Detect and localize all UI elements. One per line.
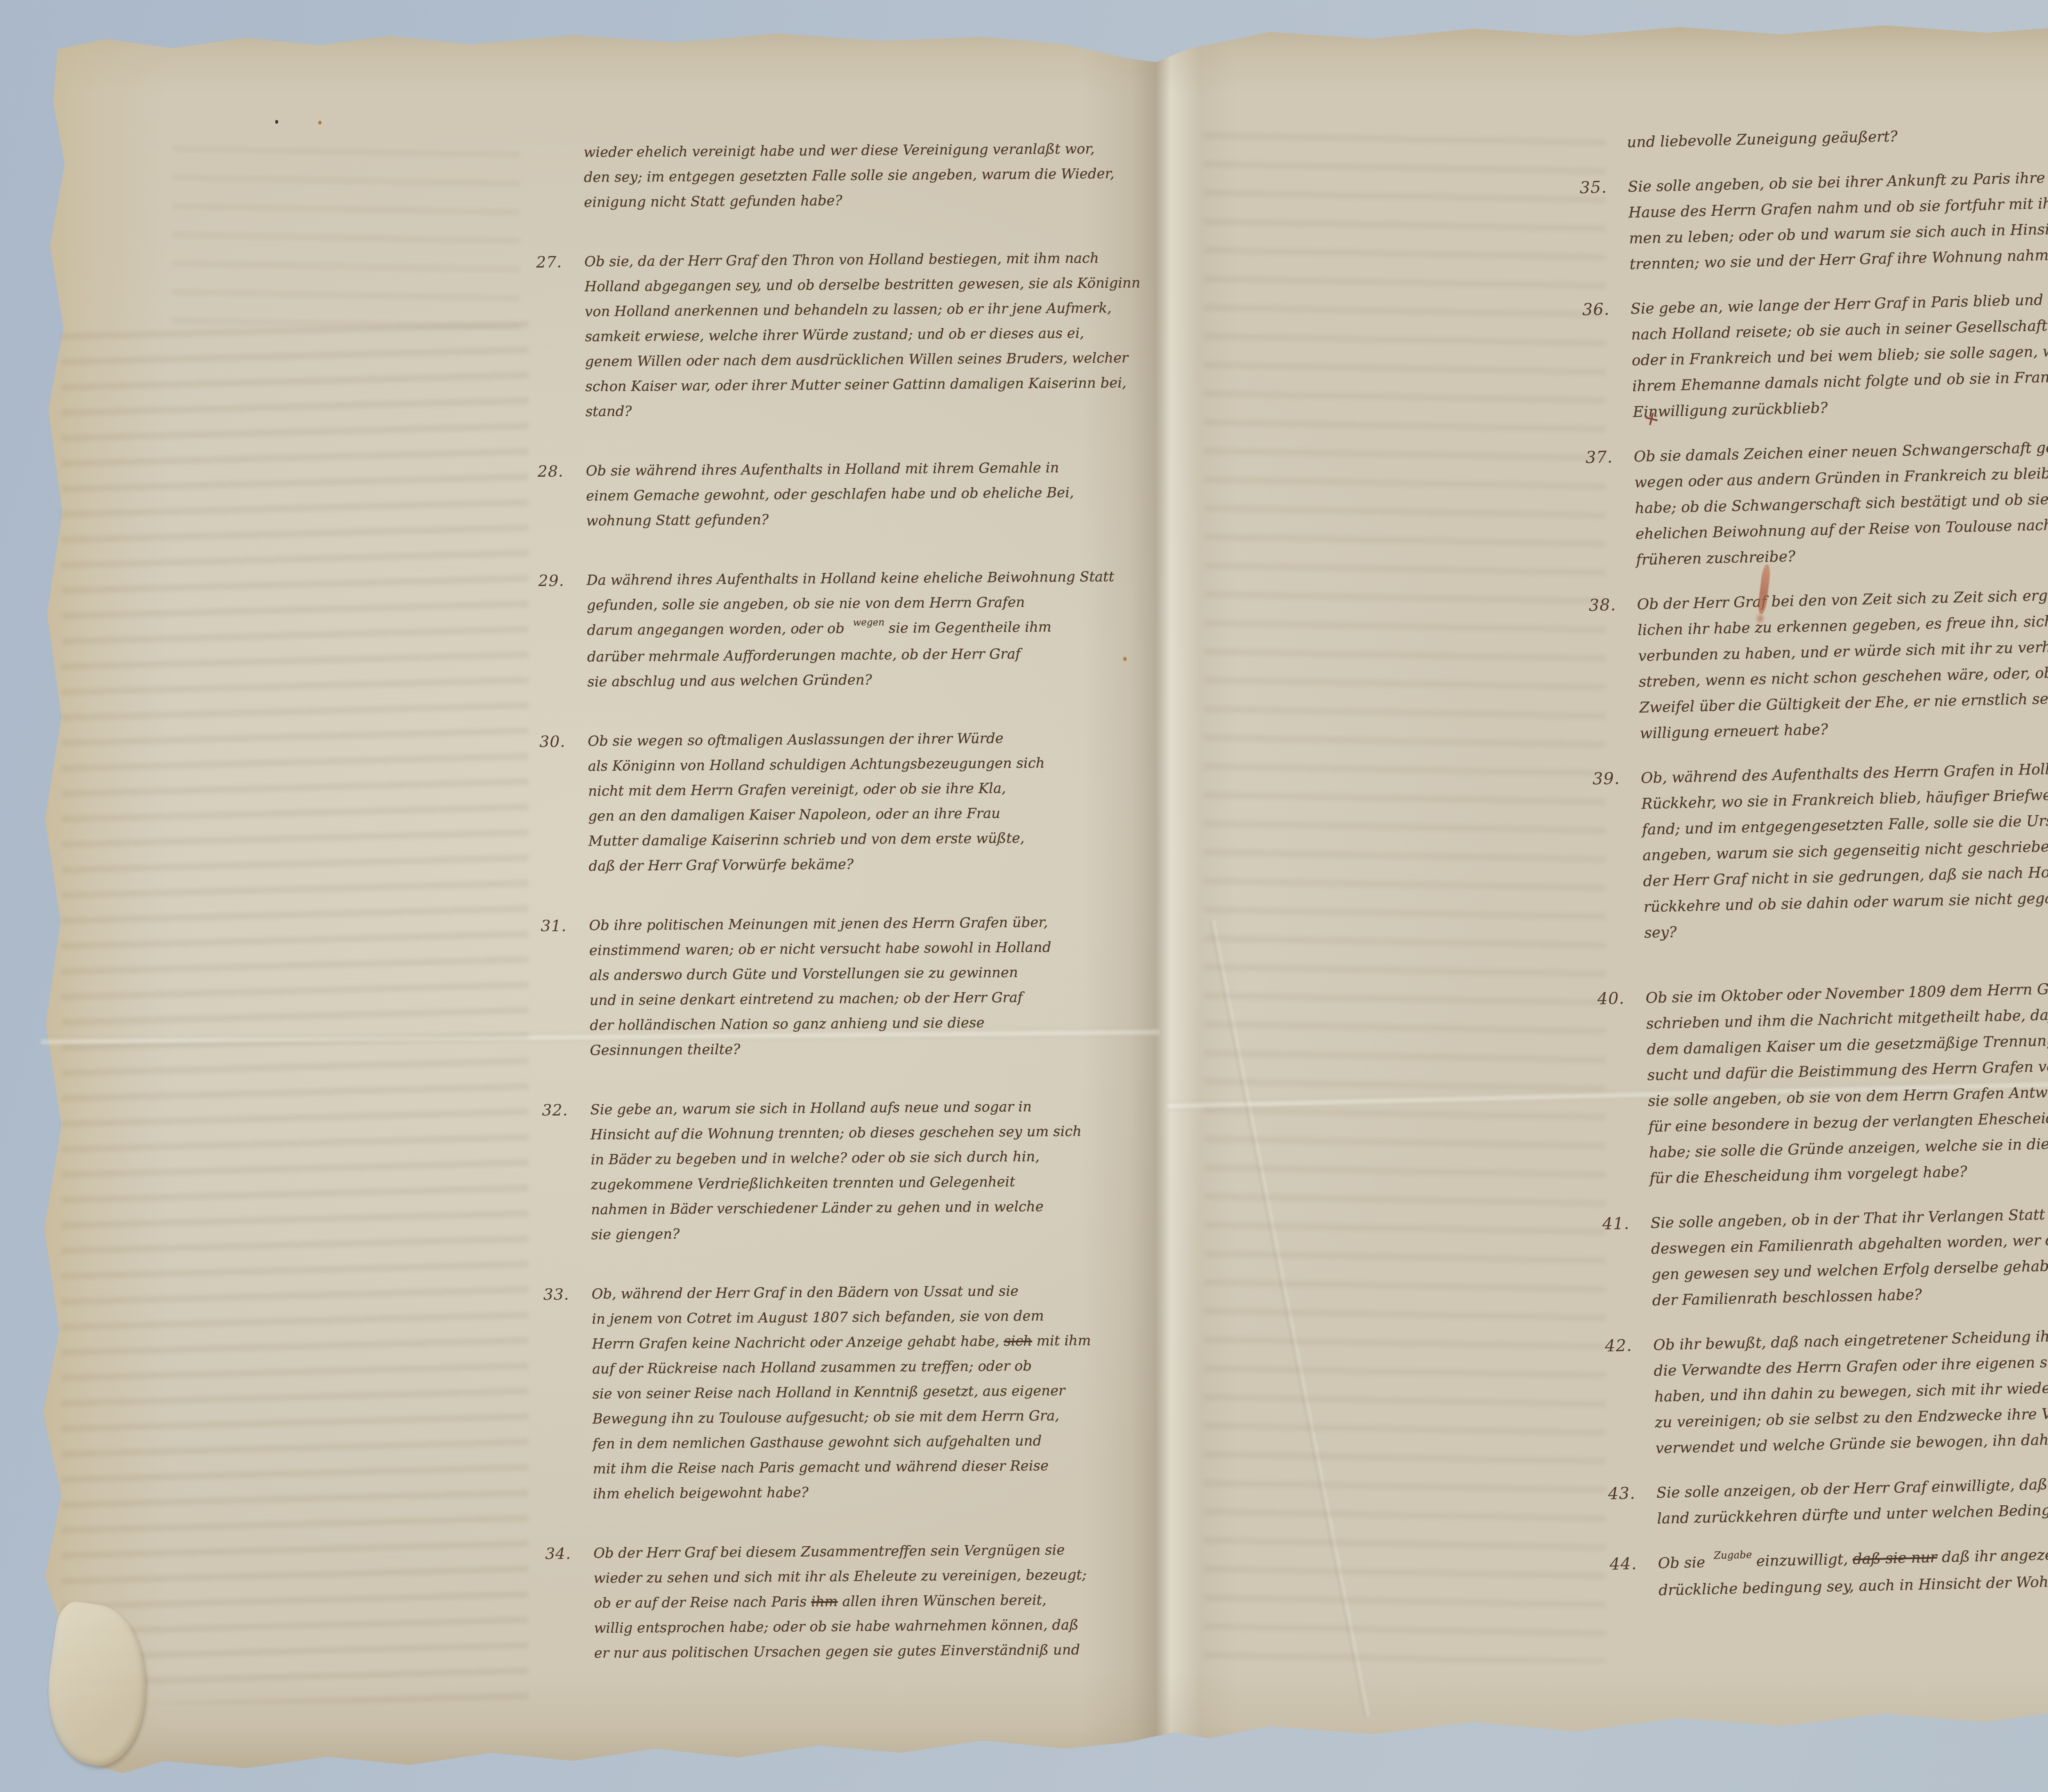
handwritten-line: Herrn Grafen keine Nachricht oder Anzeig… <box>592 1328 1142 1357</box>
handwritten-text: Ob sie damals Zeichen einer neuen Schwan… <box>1633 436 2048 465</box>
handwritten-text: willig entsprochen habe; oder ob sie hab… <box>594 1617 1078 1636</box>
question-item: 33.Ob, während der Herr Graf in den Bäde… <box>543 1278 1143 1507</box>
handwritten-text: sie giengen? <box>591 1226 680 1243</box>
handwritten-text: Hinsicht auf die Wohnung trennten; ob di… <box>591 1123 1082 1143</box>
handwritten-text: einem Gemache gewohnt, oder geschlafen h… <box>586 484 1074 504</box>
handwritten-text: darum angegangen worden, oder ob <box>587 620 849 638</box>
handwritten-text: Sie solle anzeigen, ob der Herr Graf ein… <box>1656 1474 2048 1501</box>
handwritten-text: den sey; im entgegen gesetzten Falle sol… <box>584 165 1115 186</box>
question-item: 40.Ob sie im Oktober oder November 1809 … <box>1597 971 2048 1192</box>
struck-text: daß sie nur <box>1853 1549 1937 1568</box>
handwritten-text: Ob sie, da der Herr Graf den Thron von H… <box>584 250 1099 270</box>
question-item: 42.Ob ihr bewußt, daß nach eingetretener… <box>1605 1318 2048 1462</box>
handwritten-line: zugekommene Verdrießlichkeiten trennten … <box>591 1169 1140 1197</box>
handwritten-line: er nur aus politischen Ursachen gegen si… <box>594 1637 1144 1666</box>
handwritten-text: Ob, während der Herr Graf in den Bädern … <box>591 1283 1018 1302</box>
handwritten-text: wieder zu sehen und sich mit ihr als Ehe… <box>594 1567 1087 1586</box>
question-number: 34. <box>545 1541 594 1566</box>
handwritten-text: als Königinn von Holland schuldigen Acht… <box>588 755 1044 774</box>
question-text: Sie solle anzeigen, ob der Herr Graf ein… <box>1656 1466 2048 1532</box>
handwritten-line: Ob sie, da der Herr Graf den Thron von H… <box>584 246 1140 274</box>
question-text: Sie solle angeben, ob sie bei ihrer Anku… <box>1628 160 2048 277</box>
question-item: 44.Ob sie Zugabeeinzuwilligt, daß sie nu… <box>1609 1536 2048 1604</box>
question-number: 31. <box>541 913 589 939</box>
question-item: 32.Sie gebe an, warum sie sich in Hollan… <box>542 1094 1141 1248</box>
question-text: Ob der Herr Graf bei den von Zeit sich z… <box>1637 578 2048 747</box>
handwritten-text: Ob ihr bewußt, daß nach eingetretener Sc… <box>1653 1326 2048 1353</box>
handwritten-text: darüber mehrmale Aufforderungen machte, … <box>587 646 1020 665</box>
question-item: 39.Ob, während des Aufenthalts des Herrn… <box>1592 751 2048 947</box>
handwritten-text: der Herr Graf nicht in sie gedrungen, da… <box>1643 863 2048 890</box>
question-item: 27.Ob sie, da der Herr Graf den Thron vo… <box>536 246 1135 425</box>
question-number: 40. <box>1597 985 1646 1012</box>
handwritten-text: haben, und ihn dahin zu bewegen, sich mi… <box>1654 1378 2048 1405</box>
question-item: 31.Ob ihre politischen Meinungen mit jen… <box>541 910 1140 1063</box>
handwritten-text: dem damaligen Kaiser um die gesetzmäßige… <box>1647 1032 2048 1058</box>
question-number: 41. <box>1602 1211 1651 1238</box>
handwritten-text: von Holland anerkennen und behandeln zu … <box>585 300 1112 320</box>
handwritten-text: der holländischen Nation so ganz anhieng… <box>590 1015 985 1034</box>
handwritten-text: als anderswo durch Güte und Vorstellunge… <box>589 964 1018 984</box>
handwritten-text: Holland abgegangen sey, und ob derselbe … <box>584 275 1140 295</box>
rust-speck <box>318 121 322 124</box>
handwritten-line: ihm ehelich beigewohnt habe? <box>593 1478 1143 1507</box>
handwritten-text: sey? <box>1644 924 1677 941</box>
left-page-text-block: wieder ehelich vereinigt habe und wer di… <box>535 136 1144 1701</box>
handwritten-text: Sie solle angeben, ob in der That ihr Ve… <box>1650 1204 2048 1231</box>
handwritten-line: genem Willen oder nach dem ausdrückliche… <box>585 346 1141 374</box>
handwritten-line: Hinsicht auf die Wohnung trennten; ob di… <box>590 1119 1140 1147</box>
handwritten-text: angeben, warum sie sich gegenseitig nich… <box>1642 837 2048 864</box>
question-item: 34.Ob der Herr Graf bei diesem Zusamment… <box>545 1537 1144 1666</box>
handwritten-line: nahmen in Bäder verschiedener Länder zu … <box>591 1194 1141 1222</box>
handwritten-text: für die Ehescheidung ihm vorgelegt habe? <box>1649 1163 1967 1187</box>
handwritten-line: sie giengen? <box>591 1219 1141 1247</box>
handwritten-text: sie im Gegentheile ihm <box>888 619 1051 636</box>
handwritten-text: einigung nicht Statt gefunden habe? <box>584 192 843 210</box>
handwritten-line: schon Kaiser war, oder ihrer Mutter sein… <box>585 371 1141 399</box>
handwritten-line: ob er auf der Reise nach Paris ihm allen… <box>594 1587 1143 1616</box>
question-item: 37.Ob sie damals Zeichen einer neuen Sch… <box>1585 430 2048 574</box>
handwritten-text: Ob der Herr Graf bei diesem Zusammentref… <box>594 1542 1065 1561</box>
question-number: 29. <box>538 568 587 593</box>
handwritten-text: ob er auf der Reise nach Paris <box>594 1594 811 1612</box>
handwritten-text: zugekommene Verdrießlichkeiten trennten … <box>591 1174 1015 1193</box>
question-text: Sie solle angeben, ob in der That ihr Ve… <box>1650 1196 2048 1313</box>
handwritten-line: Ob der Herr Graf bei diesem Zusammentref… <box>594 1537 1143 1566</box>
handwritten-line: samkeit erwiese, welche ihrer Würde zust… <box>585 321 1141 349</box>
handwritten-text: genem Willen oder nach dem ausdrückliche… <box>585 350 1128 370</box>
question-number: 28. <box>537 459 586 484</box>
question-text: wieder ehelich vereinigt habe und wer di… <box>584 136 1134 215</box>
handwritten-text: in Bäder zu begeben und in welche? oder … <box>591 1149 1040 1168</box>
handwritten-text: Gesinnungen theilte? <box>590 1041 741 1059</box>
handwritten-line: willig entsprochen habe; oder ob sie hab… <box>594 1612 1144 1641</box>
question-item: 28.Ob sie während ihres Aufenthalts in H… <box>537 455 1136 534</box>
handwritten-line: wohnung Statt gefunden? <box>586 505 1136 534</box>
question-text: Ob ihr bewußt, daß nach eingetretener Sc… <box>1653 1318 2048 1461</box>
question-number: 36. <box>1582 296 1631 323</box>
right-page-text-block: und liebevolle Zuneigung geäußert?35.Sie… <box>1578 115 2048 1623</box>
handwritten-text: Ob sie <box>1658 1554 1710 1572</box>
handwritten-text: Ob ihre politischen Meinungen mit jenen … <box>589 914 1048 934</box>
handwritten-line: wieder zu sehen und sich mit ihr als Ehe… <box>594 1562 1143 1591</box>
handwritten-text: daß ihr angezeigt worden, die aus, <box>1937 1543 2048 1566</box>
interlinear-insertion: Zugabe <box>1713 1542 1752 1568</box>
handwritten-text: sie von seiner Reise nach Holland in Ken… <box>592 1382 1065 1402</box>
handwritten-line: als anderswo durch Güte und Vorstellunge… <box>589 959 1139 988</box>
ink-speck <box>275 120 278 124</box>
handwritten-line: Ob ihre politischen Meinungen mit jenen … <box>589 910 1139 938</box>
question-number: 42. <box>1605 1333 1654 1360</box>
handwritten-line: Ob sie während ihres Aufenthalts in Holl… <box>586 455 1135 484</box>
question-item: 36.Sie gebe an, wie lange der Herr Graf … <box>1582 282 2048 426</box>
handwritten-line: Ob, während der Herr Graf in den Bädern … <box>591 1278 1141 1307</box>
struck-text: ihm <box>811 1593 838 1610</box>
question-text: Ob ihre politischen Meinungen mit jenen … <box>589 910 1140 1063</box>
handwritten-text: ihm ehelich beigewohnt habe? <box>593 1484 809 1502</box>
handwritten-line: von Holland anerkennen und behandeln zu … <box>584 296 1140 324</box>
handwritten-line: in jenem von Cotret im August 1807 sich … <box>592 1303 1142 1332</box>
question-item: 41.Sie solle angeben, ob in der That ihr… <box>1602 1196 2048 1315</box>
handwritten-line: gen an den damaligen Kaiser Napoleon, od… <box>588 800 1138 829</box>
handwritten-line: einigung nicht Statt gefunden habe? <box>584 186 1134 215</box>
handwritten-text: wieder ehelich vereinigt habe und wer di… <box>584 141 1095 161</box>
continuation-paragraph: wieder ehelich vereinigt habe und wer di… <box>535 136 1134 215</box>
handwritten-line: sie abschlug und aus welchen Gründen? <box>587 666 1137 695</box>
question-number: 44. <box>1609 1551 1658 1578</box>
question-text: Sie gebe an, warum sie sich in Holland a… <box>590 1094 1141 1247</box>
handwritten-text: Sie solle angeben, ob sie bei ihrer Anku… <box>1628 167 2048 195</box>
handwritten-text: Ob, während des Aufenthalts des Herrn Gr… <box>1641 758 2048 787</box>
handwritten-text: Mutter damalige Kaiserinn schrieb und vo… <box>589 830 1025 849</box>
handwritten-text: Bewegung ihn zu Toulouse aufgesucht; ob … <box>592 1407 1059 1427</box>
question-item: 29.Da während ihres Aufenthalts in Holla… <box>538 564 1137 695</box>
handwritten-text: und in seine denkart eintretend zu mache… <box>589 989 1023 1009</box>
question-number: 33. <box>543 1282 591 1307</box>
handwritten-line: und in seine denkart eintretend zu mache… <box>589 984 1139 1013</box>
handwritten-text: Ob sie während ihres Aufenthalts in Holl… <box>586 459 1059 479</box>
question-item: 30.Ob sie wegen so oftmaligen Auslassung… <box>539 725 1139 879</box>
handwritten-text: einstimmend waren; ob er nicht versucht … <box>589 939 1051 959</box>
question-number: 27. <box>536 249 584 275</box>
scanner-background: wieder ehelich vereinigt habe und wer di… <box>0 0 2048 1792</box>
question-item: 38.Ob der Herr Graf bei den von Zeit sic… <box>1588 578 2048 748</box>
question-number: 43. <box>1608 1480 1656 1507</box>
question-text: Ob sie damals Zeichen einer neuen Schwan… <box>1633 430 2048 573</box>
struck-text: sich <box>1004 1333 1033 1349</box>
handwritten-text: allen ihren Wünschen bereit, <box>838 1592 1047 1610</box>
question-text: Da während ihres Aufenthalts in Holland … <box>587 564 1137 695</box>
handwritten-line: wieder ehelich vereinigt habe und wer di… <box>584 136 1133 165</box>
handwritten-line: der holländischen Nation so ganz anhieng… <box>590 1009 1140 1038</box>
question-text: Ob sie wegen so oftmaligen Auslassungen … <box>588 725 1139 879</box>
handwritten-text: sie abschlug und aus welchen Gründen? <box>587 672 872 690</box>
question-text: Ob, während des Aufenthalts des Herrn Gr… <box>1640 751 2048 946</box>
question-text: Ob sie im Oktober oder November 1809 dem… <box>1645 971 2048 1191</box>
handwritten-text: wohnung Statt gefunden? <box>586 511 769 529</box>
handwritten-line: auf der Rückreise nach Holland zusammen … <box>592 1353 1142 1382</box>
handwritten-line: Bewegung ihn zu Toulouse aufgesucht; ob … <box>592 1403 1142 1432</box>
handwritten-line: mit ihm die Reise nach Paris gemacht und… <box>593 1453 1142 1482</box>
handwritten-text: fand; und im entgegengesetzten Falle, so… <box>1642 812 2048 838</box>
handwritten-text: nahmen in Bäder verschiedener Länder zu … <box>591 1199 1044 1218</box>
interlinear-insertion: wegen <box>853 610 884 636</box>
handwritten-text: stand? <box>585 403 632 420</box>
question-text: Ob sie, da der Herr Graf den Thron von H… <box>584 246 1142 424</box>
handwritten-text: land zurückkehren dürfte und unter welch… <box>1657 1501 2048 1527</box>
handwritten-line: darüber mehrmale Aufforderungen machte, … <box>587 641 1137 670</box>
handwritten-line: Gesinnungen theilte? <box>590 1034 1140 1063</box>
handwritten-line: daß der Herr Graf Vorwürfe bekäme? <box>589 850 1138 879</box>
question-number: 37. <box>1585 444 1634 471</box>
handwritten-line: Ob sie wegen so oftmaligen Auslassungen … <box>588 725 1137 754</box>
handwritten-line: nicht mit dem Herrn Grafen vereinigt, od… <box>588 775 1138 804</box>
handwritten-text: mit ihm <box>1032 1333 1091 1349</box>
question-text: Ob sie während ihres Aufenthalts in Holl… <box>586 455 1136 534</box>
handwritten-line: einem Gemache gewohnt, oder geschlafen h… <box>586 480 1136 509</box>
question-text: Sie gebe an, wie lange der Herr Graf in … <box>1630 282 2048 425</box>
handwritten-text: Da während ihres Aufenthalts in Holland … <box>587 568 1114 588</box>
handwritten-text: nicht mit dem Herrn Grafen vereinigt, od… <box>588 780 1006 799</box>
handwritten-text: in jenem von Cotret im August 1807 sich … <box>592 1308 1044 1328</box>
handwritten-text: fen in dem nemlichen Gasthause gewohnt s… <box>593 1433 1042 1453</box>
question-text: Ob sie Zugabeeinzuwilligt, daß sie nur d… <box>1658 1536 2048 1603</box>
handwritten-text: rückkehre und ob sie dahin oder warum si… <box>1643 889 2048 916</box>
handwritten-text: Sie gebe an, wie lange der Herr Graf in … <box>1631 290 2048 317</box>
handwritten-text: auf der Rückreise nach Holland zusammen … <box>592 1358 1032 1377</box>
handwritten-line: Sie gebe an, warum sie sich in Holland a… <box>590 1094 1140 1122</box>
handwritten-text: er nur aus politischen Ursachen gegen si… <box>594 1642 1080 1661</box>
handwritten-text: Sie gebe an, warum sie sich in Holland a… <box>590 1099 1032 1118</box>
handwritten-line: Holland abgegangen sey, und ob derselbe … <box>584 271 1140 299</box>
handwritten-line: einstimmend waren; ob er nicht versucht … <box>589 934 1139 963</box>
question-number: 32. <box>542 1097 590 1123</box>
handwritten-text: samkeit erwiese, welche ihrer Würde zust… <box>585 325 1084 345</box>
question-number: 30. <box>539 729 588 754</box>
handwritten-text: mit ihm die Reise nach Paris gemacht und… <box>593 1457 1049 1477</box>
handwritten-line: den sey; im entgegen gesetzten Falle sol… <box>584 161 1133 190</box>
handwritten-line: darum angegangen worden, oder ob wegensi… <box>587 614 1137 645</box>
handwritten-text: daß der Herr Graf Vorwürfe bekäme? <box>589 856 854 875</box>
handwritten-line: fen in dem nemlichen Gasthause gewohnt s… <box>593 1428 1142 1457</box>
handwritten-text: und liebevolle Zuneigung geäußert? <box>1627 128 1898 151</box>
question-number: 39. <box>1592 765 1641 792</box>
handwritten-line: als Königinn von Holland schuldigen Acht… <box>588 750 1137 779</box>
question-number: 35. <box>1579 174 1628 201</box>
handwritten-line: Mutter damalige Kaiserinn schrieb und vo… <box>588 825 1138 854</box>
handwritten-text: Ob sie im Oktober oder November 1809 dem… <box>1645 980 2048 1007</box>
question-number: 38. <box>1588 592 1637 619</box>
handwritten-line: in Bäder zu begeben und in welche? oder … <box>591 1144 1140 1172</box>
handwritten-text: früheren zuschreibe? <box>1636 548 1796 568</box>
question-item: 35.Sie solle angeben, ob sie bei ihrer A… <box>1579 160 2048 278</box>
handwritten-text: schrieben und ihm die Nachricht mitgethe… <box>1646 1005 2048 1032</box>
handwritten-text: einzuwilligt, <box>1756 1551 1853 1570</box>
handwritten-text: Zweifel über die Gültigkeit der Ehe, er … <box>1639 689 2048 716</box>
handwritten-text: gen an den damaligen Kaiser Napoleon, od… <box>588 805 1000 824</box>
handwritten-text: gefunden, solle sie angeben, ob sie nie … <box>587 594 1025 613</box>
handwritten-text: schon Kaiser war, oder ihrer Mutter sein… <box>585 375 1126 395</box>
handwritten-text: der Familienrath beschlossen habe? <box>1652 1286 1922 1309</box>
question-text: Ob der Herr Graf bei diesem Zusammentref… <box>594 1537 1144 1666</box>
handwritten-text: willigung erneuert habe? <box>1640 721 1828 742</box>
handwritten-line: sie von seiner Reise nach Holland in Ken… <box>592 1378 1142 1407</box>
handwritten-text: Herrn Grafen keine Nachricht oder Anzeig… <box>592 1333 1004 1352</box>
question-text: Ob, während der Herr Graf in den Bädern … <box>591 1278 1143 1507</box>
handwritten-text: trennten; wo sie und der Herr Graf ihre … <box>1629 247 2048 273</box>
handwritten-line: stand? <box>585 396 1141 424</box>
question-number <box>535 140 584 140</box>
question-item: 43.Sie solle anzeigen, ob der Herr Graf … <box>1608 1466 2048 1533</box>
handwritten-line: Da während ihres Aufenthalts in Holland … <box>587 564 1136 593</box>
handwritten-text: Ob der Herr Graf bei den von Zeit sich z… <box>1637 585 2048 613</box>
handwritten-text: Ob sie wegen so oftmaligen Auslassungen … <box>588 730 1004 749</box>
